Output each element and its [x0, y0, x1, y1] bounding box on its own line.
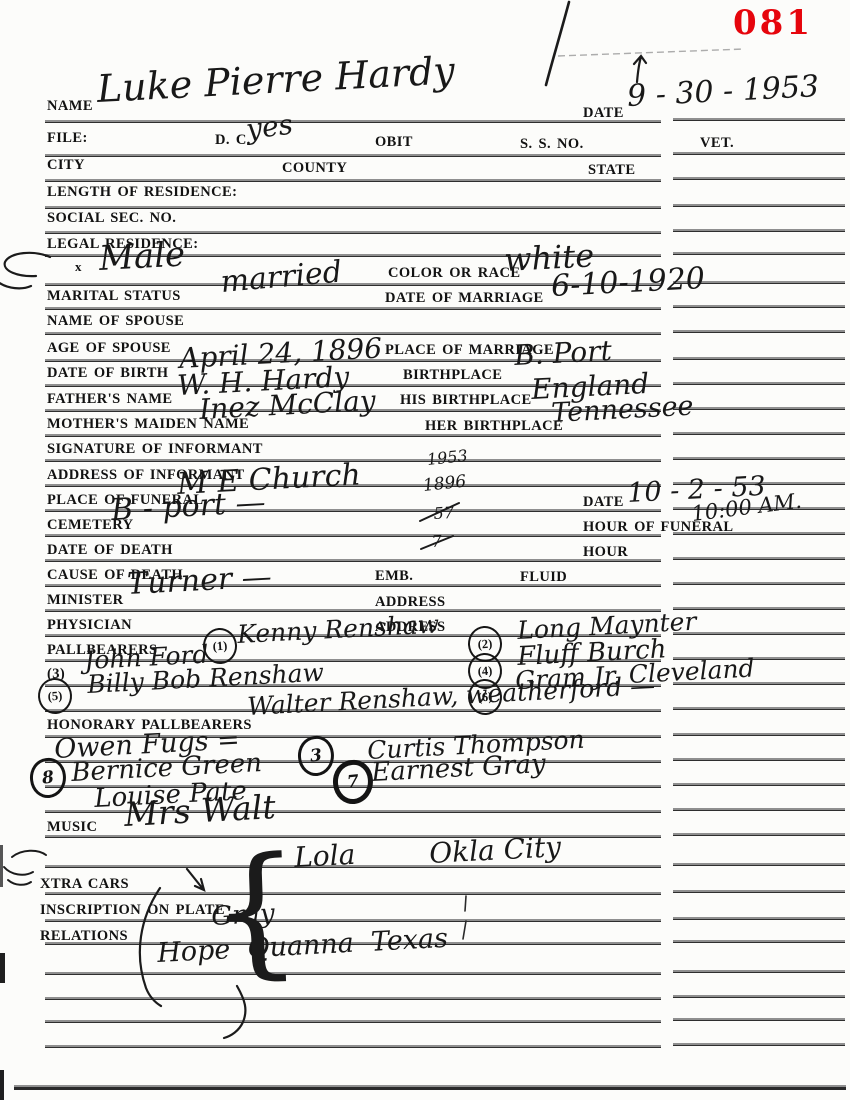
label-age-of-spouse: AGE OF SPOUSE	[47, 341, 171, 356]
pen-loop-mark	[0, 253, 50, 288]
form-rule-line	[45, 229, 845, 234]
pen-brace-mark: {	[208, 834, 304, 987]
label-music: MUSIC	[47, 820, 97, 835]
label-county: COUNTY	[282, 161, 347, 176]
label-dc: D. C.	[215, 133, 251, 148]
label-name-of-spouse: NAME OF SPOUSE	[47, 314, 184, 329]
label-signature-of-informant: SIGNATURE OF INFORMANT	[47, 442, 263, 457]
label-color-or-race: COLOR OR RACE	[388, 266, 520, 281]
honorary-7-circle: 7	[331, 758, 375, 806]
hw-sex: Male	[98, 238, 186, 276]
form-rule-line	[45, 1018, 845, 1023]
label-date-of-marriage: DATE OF MARRIAGE	[385, 291, 544, 306]
hw-honorary-line3-name2: Earnest Gray	[371, 751, 547, 786]
label-minister-address: ADDRESS	[375, 595, 446, 610]
label-date-of-death: DATE OF DEATH	[47, 543, 173, 558]
scan-artifact	[0, 953, 5, 983]
label-length-of-residence: LENGTH OF RESIDENCE:	[47, 185, 237, 200]
hw-minister: Turner —	[126, 562, 272, 600]
label-inscription-on-plate: INSCRIPTION ON PLATE	[40, 903, 225, 918]
label-relations: RELATIONS	[40, 929, 128, 944]
label-fathers-name: FATHER'S NAME	[47, 392, 173, 407]
scratch-line	[558, 49, 744, 56]
label-birthplace: BIRTHPLACE	[403, 368, 502, 383]
label-date-of-birth: DATE OF BIRTH	[47, 366, 168, 381]
hw-mothers-maiden-name: Inez McClay	[199, 387, 377, 424]
scan-artifact	[0, 845, 3, 887]
hw-music: Mrs Walt	[123, 790, 276, 831]
label-social-sec-no: SOCIAL SEC. NO.	[47, 211, 176, 226]
label-state: STATE	[588, 163, 635, 178]
label-fluid: FLUID	[520, 570, 567, 585]
hw-calc-57: 57	[433, 505, 454, 522]
hw-extra-cars-2: Okla City	[429, 833, 562, 868]
label-minister: MINISTER	[47, 593, 124, 608]
form-rule-line	[45, 152, 845, 157]
hw-marital-status: married	[219, 258, 343, 298]
scan-artifact	[0, 1070, 4, 1100]
label-physician: PHYSICIAN	[47, 618, 132, 633]
hw-extra-cars-1: Lola	[294, 841, 356, 872]
label-hour: HOUR	[583, 545, 628, 560]
label-ssno: S. S. NO.	[520, 137, 584, 152]
bottom-rule	[14, 1087, 846, 1090]
label-extra-cars: XTRA CARS	[40, 877, 129, 892]
label-city: CITY	[47, 158, 85, 173]
form-rule-line	[45, 281, 845, 286]
hw-calc-1953: 1953	[426, 448, 468, 468]
pen-arrow-mark	[187, 869, 204, 890]
form-rule-line	[45, 177, 845, 182]
hw-birthplace: B. Port	[514, 337, 613, 370]
label-vet: VET.	[700, 136, 734, 151]
label-obit: OBIT	[375, 135, 413, 150]
label-name: NAME	[47, 99, 93, 114]
funeral-record-form: 081 NAME DATE FILE: D. C. OBIT S. S. NO.…	[0, 0, 850, 1100]
hw-pallbearer-1: Kenny Renshaw	[237, 611, 440, 647]
label-sex-x: x	[75, 260, 82, 273]
label-marital-status: MARITAL STATUS	[47, 289, 181, 304]
label-funeral-date: DATE	[583, 495, 624, 510]
label-her-birthplace: HER BIRTHPLACE	[425, 419, 563, 434]
form-rule-line	[45, 995, 845, 1000]
hw-calc-7: 7	[431, 533, 442, 550]
pen-slash-mark	[546, 2, 569, 85]
form-rule-line	[45, 890, 845, 895]
page-number-stamp: 081	[733, 6, 813, 40]
hw-date-of-marriage: 6-10-1920	[550, 264, 705, 302]
hw-date: 9 - 30 - 1953	[626, 72, 819, 112]
hw-name: Luke Pierre Hardy	[96, 51, 456, 108]
label-his-birthplace: HIS BIRTHPLACE	[400, 393, 532, 408]
label-date: DATE	[583, 106, 624, 121]
form-rule-line	[45, 1043, 845, 1048]
form-rule-line	[45, 970, 845, 975]
hw-dc: yes	[245, 111, 295, 144]
form-rule-line	[45, 118, 845, 123]
honorary-3-circle: 3	[296, 734, 336, 778]
label-emb: EMB.	[375, 569, 413, 584]
form-rule-line	[45, 330, 845, 335]
label-file: FILE:	[47, 131, 88, 146]
hw-her-birthplace: Tennessee	[551, 393, 695, 427]
hw-cemetery: B - port —	[110, 488, 266, 526]
hw-calc-1896: 1896	[422, 474, 467, 495]
form-rule-line	[45, 204, 845, 209]
